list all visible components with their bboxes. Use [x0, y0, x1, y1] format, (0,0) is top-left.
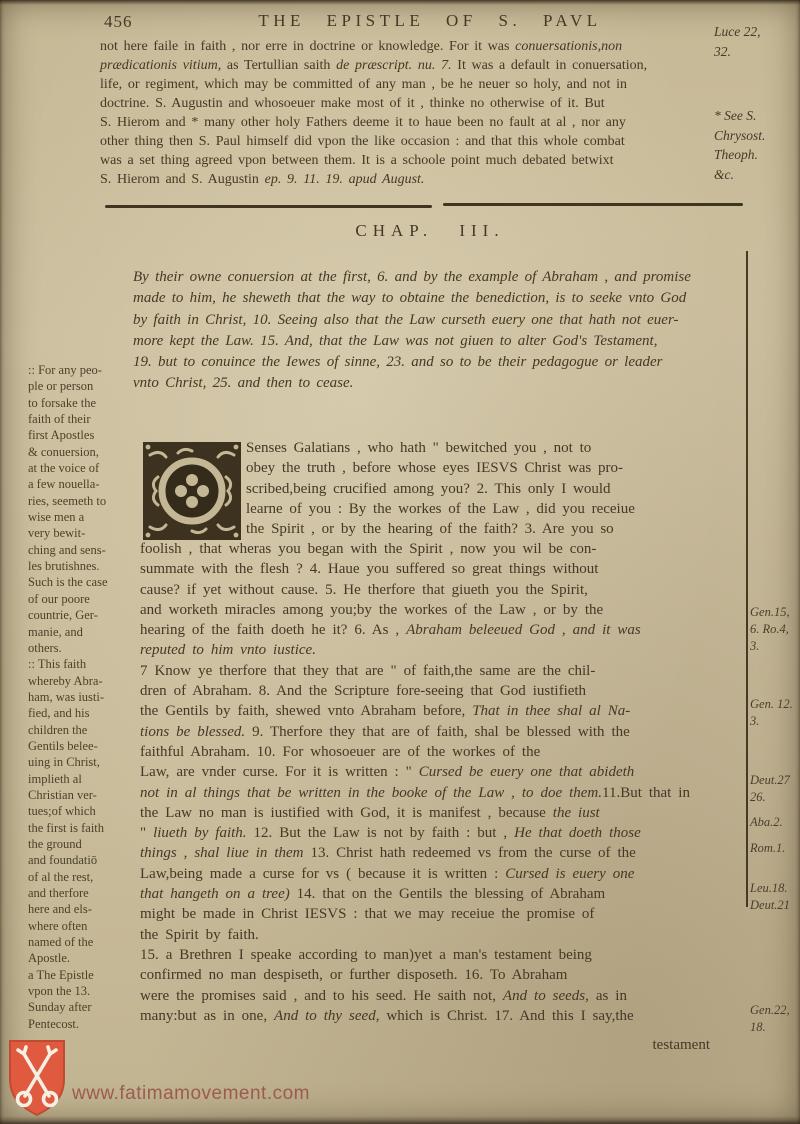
text-line: vnto Christ, 25. and then to cease. [133, 373, 747, 394]
text-line: first Apostles [28, 427, 138, 443]
text-line: 15. a Brethren I speake according to man… [140, 945, 746, 965]
text-line: manie, and [28, 624, 138, 640]
text-line: tues;of which [28, 803, 138, 819]
text-line: doctrine. S. Augustin and whosoeuer make… [100, 94, 712, 113]
margin-note: Gen.22,18. [750, 1002, 800, 1036]
text-line: Pentecost. [28, 1016, 138, 1032]
text-line: tions be blessed. 9. Therfore they that … [140, 722, 746, 742]
text-line: faith of their [28, 411, 138, 427]
text-line: obey the truth , before whose eyes IESVS… [246, 458, 746, 478]
text-line: and therfore [28, 885, 138, 901]
text-line: other thing then S. Paul himself did vpo… [100, 132, 712, 151]
text-line: here and els- [28, 901, 138, 917]
text-line: By their owne conuersion at the first, 6… [133, 267, 747, 288]
text-line: 19. but to conuince the Iewes of sinne, … [133, 352, 747, 373]
text-line: others. [28, 640, 138, 656]
margin-note: Gen. 12.3. [750, 696, 800, 730]
text-line: life, or regiment, which may be committe… [100, 75, 712, 94]
text-line: might be made in Christ IESVS : that we … [140, 904, 746, 924]
book-page-scan: 456 THE EPISTLE OF S. PAVL not here fail… [0, 0, 800, 1124]
text-line: prædicationis vitium, as Tertullian sait… [100, 56, 712, 75]
crossed-keys-shield-icon [7, 1038, 67, 1118]
text-line: and foundatiō [28, 852, 138, 868]
text-line: Gentils belee- [28, 738, 138, 754]
text-line: Law,being made a curse for vs ( because … [140, 864, 746, 884]
ornamental-initial-O-icon [142, 441, 242, 541]
text-line: more kept the Law. 15. And, that the Law… [133, 331, 747, 352]
text-line: vpon the 13. [28, 983, 138, 999]
text-line: learne of you : By the workes of the Law… [246, 499, 746, 519]
text-line: not here faile in faith , nor erre in do… [100, 37, 712, 56]
chapter-argument: By their owne conuersion at the first, 6… [133, 267, 747, 395]
text-line: summate with the flesh ? 4. Haue you suf… [140, 559, 746, 579]
text-line: fied, and his [28, 705, 138, 721]
text-line: ham, was iusti- [28, 689, 138, 705]
text-line: a The Epistle [28, 967, 138, 983]
text-line: ries, seemeth to [28, 493, 138, 509]
text-line: children the [28, 722, 138, 738]
watermark-url: www.fatimamovement.com [72, 1083, 310, 1105]
running-title: THE EPISTLE OF S. PAVL [150, 11, 710, 31]
text-line: dren of Abraham. 8. And the Scripture fo… [140, 681, 746, 701]
text-line: S. Hierom and S. Augustin ep. 9. 11. 19.… [100, 170, 712, 189]
text-line: reputed to him vnto iustice. [140, 640, 746, 660]
text-line: Senses Galatians , who hath " bewitched … [246, 438, 746, 458]
text-line: and worketh miracles among you;by the wo… [140, 600, 746, 620]
intro-paragraph: not here faile in faith , nor erre in do… [100, 37, 712, 189]
section-rule-right [443, 203, 743, 206]
text-line: implieth al [28, 771, 138, 787]
text-line: made to him, he sheweth that the way to … [133, 288, 747, 309]
text-line: countrie, Ger- [28, 607, 138, 623]
text-line: not in al things that be written in the … [140, 783, 746, 803]
text-line: ching and sens- [28, 542, 138, 558]
text-line: the Spirit , or by the hearing of the fa… [246, 519, 746, 539]
text-line: " liueth by faith. 12. But the Law is no… [140, 823, 746, 843]
text-line: hearing of the faith doeth he it? 6. As … [140, 620, 746, 640]
text-line: ple or person [28, 378, 138, 394]
text-line: les brutishnes. [28, 558, 138, 574]
text-line: confirmed no man despiseth, or further d… [140, 965, 746, 985]
body-text: foolish , that wheras you began with the… [140, 539, 746, 1026]
text-line: Law, are vnder curse. For it is written … [140, 762, 746, 782]
margin-notes-left: :: For any peo-ple or personto forsake t… [28, 362, 138, 1032]
text-line: of our poore [28, 591, 138, 607]
section-rule-left [105, 205, 432, 208]
text-line: 7 Know ye therfore that they that are " … [140, 661, 746, 681]
text-line: were the promises said , and to his seed… [140, 986, 746, 1006]
text-line: Apostle. [28, 950, 138, 966]
text-line: the ground [28, 836, 138, 852]
text-line: scribed,being crucified among you? 2. Th… [246, 479, 746, 499]
scan-edge-bottom [0, 1116, 800, 1124]
text-line: whereby Abra- [28, 673, 138, 689]
catchword: testament [540, 1037, 710, 1054]
page-number: 456 [104, 12, 133, 32]
text-line: the Gentils by faith, shewed vnto Abraha… [140, 701, 746, 721]
margin-note: Deut.2726. [750, 772, 800, 806]
text-line: uing in Christ, [28, 754, 138, 770]
text-line: wise men a [28, 509, 138, 525]
text-line: many:but as in one, And to thy seed, whi… [140, 1006, 746, 1026]
text-line: to forsake the [28, 395, 138, 411]
text-line: at the voice of [28, 460, 138, 476]
chapter-heading: CHAP. III. [200, 221, 660, 241]
text-line: Christian ver- [28, 787, 138, 803]
margin-notes-right: Gen.15,6. Ro.4,3.Gen. 12.3.Deut.2726.Aba… [750, 0, 800, 1124]
text-line: the first is faith [28, 820, 138, 836]
text-line: cause? if yet without cause. 5. He therf… [140, 580, 746, 600]
text-line: the Law no man is iustified with God, it… [140, 803, 746, 823]
margin-note: Aba.2. [750, 814, 800, 831]
text-line: S. Hierom and * many other holy Fathers … [100, 113, 712, 132]
text-line: was a set thing agreed vpon between them… [100, 151, 712, 170]
text-line: that hangeth on a tree) 14. that on the … [140, 884, 746, 904]
text-line: :: For any peo- [28, 362, 138, 378]
scan-edge-top [0, 0, 800, 5]
text-line: by faith in Christ, 10. Seeing also that… [133, 310, 747, 331]
text-line: & conuersion, [28, 444, 138, 460]
body-text-opening: Senses Galatians , who hath " bewitched … [246, 438, 746, 539]
text-line: of al the rest, [28, 869, 138, 885]
margin-note: Gen.15,6. Ro.4,3. [750, 604, 800, 655]
text-line: a few nouella- [28, 476, 138, 492]
text-line: Such is the case [28, 574, 138, 590]
text-line: foolish , that wheras you began with the… [140, 539, 746, 559]
text-line: things , shal liue in them 13. Christ ha… [140, 843, 746, 863]
margin-note: Leu.18.Deut.21 [750, 880, 800, 914]
text-line: very bewit- [28, 525, 138, 541]
margin-vertical-rule [746, 251, 748, 907]
text-line: faithful Abraham. 10. For whosoeuer are … [140, 742, 746, 762]
text-line: the Spirit by faith. [140, 925, 746, 945]
text-line: named of the [28, 934, 138, 950]
margin-note: Rom.1. [750, 840, 800, 857]
text-line: where often [28, 918, 138, 934]
text-line: Sunday after [28, 999, 138, 1015]
text-line: :: This faith [28, 656, 138, 672]
